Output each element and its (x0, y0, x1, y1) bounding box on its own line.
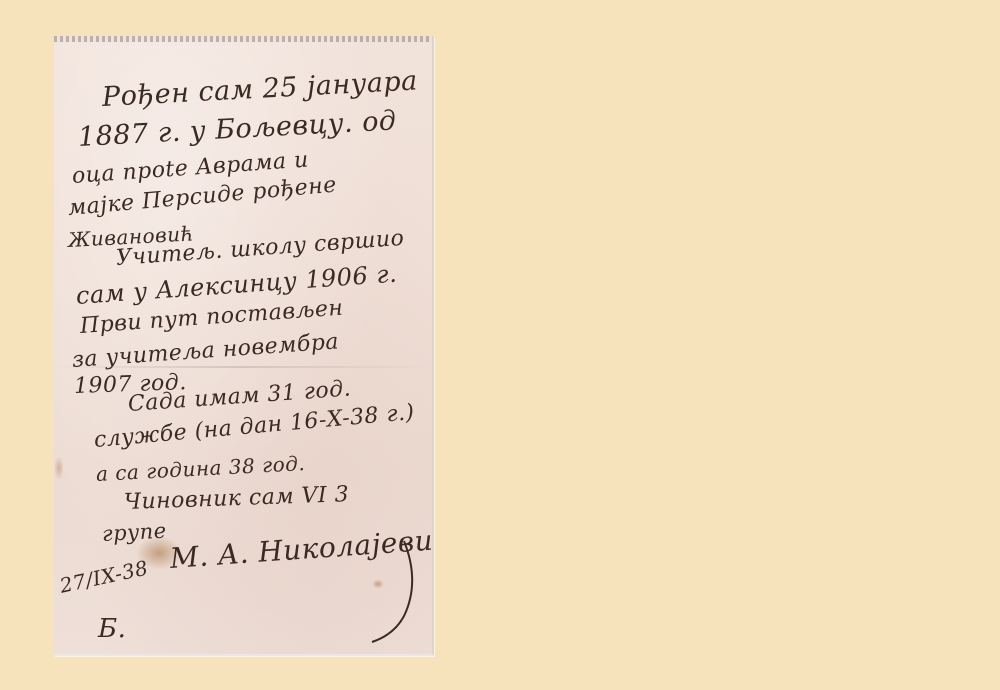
deckle-edge (54, 36, 432, 42)
handwritten-note-paper: Рођен сам 25 јануара 1887 г. у Бољевцу. … (54, 36, 434, 656)
note-line-14: Чиновник сам VI 3 (124, 482, 350, 515)
stain-mark (54, 456, 64, 480)
note-line-13: а са година 38 год. (95, 451, 305, 486)
note-initial: Б. (98, 614, 126, 644)
page-background: Рођен сам 25 јануара 1887 г. у Бољевцу. … (0, 0, 1000, 690)
signature-flourish-icon (364, 536, 424, 646)
note-line-2: 1887 г. у Бољевцу. од (77, 105, 397, 153)
note-line-15: групе (101, 519, 167, 546)
note-date: 27/IX-38 (58, 556, 151, 598)
